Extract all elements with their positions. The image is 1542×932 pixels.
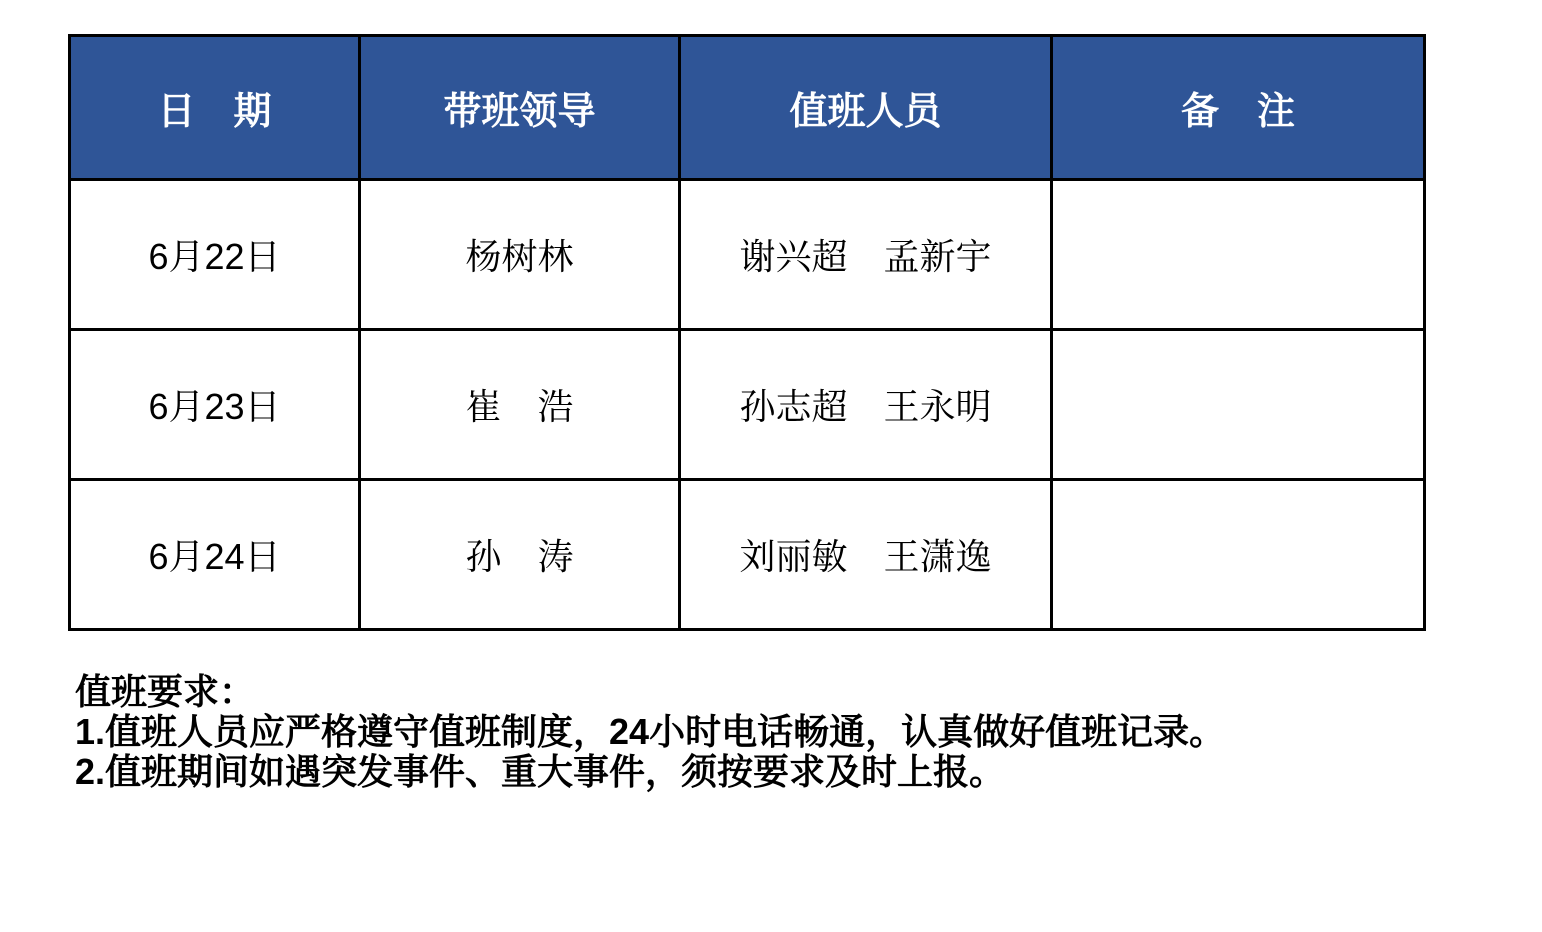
- cell-leader: 杨树林: [360, 180, 680, 330]
- duty-requirement-item-1: 1.值班人员应严格遵守值班制度，24小时电话畅通，认真做好值班记录。: [75, 712, 1495, 752]
- cell-staff: 孙志超 王永明: [680, 330, 1052, 480]
- page: { "roster_table": { "columns": ["日 期", "…: [0, 0, 1542, 932]
- table-row: 6月23日 崔 浩 孙志超 王永明: [70, 330, 1425, 480]
- cell-remark: [1052, 480, 1425, 630]
- roster-header-row: 日 期 带班领导 值班人员 备 注: [70, 36, 1425, 180]
- duty-requirements: 值班要求： 1.值班人员应严格遵守值班制度，24小时电话畅通，认真做好值班记录。…: [75, 672, 1495, 792]
- duty-requirements-heading: 值班要求：: [75, 672, 1495, 712]
- cell-leader: 孙 涛: [360, 480, 680, 630]
- cell-staff: 刘丽敏 王潇逸: [680, 480, 1052, 630]
- cell-remark: [1052, 330, 1425, 480]
- header-cell-remark: 备 注: [1052, 36, 1425, 180]
- duty-requirement-item-2: 2.值班期间如遇突发事件、重大事件，须按要求及时上报。: [75, 752, 1495, 792]
- header-cell-staff: 值班人员: [680, 36, 1052, 180]
- table-row: 6月24日 孙 涛 刘丽敏 王潇逸: [70, 480, 1425, 630]
- cell-date: 6月24日: [70, 480, 360, 630]
- table-row: 6月22日 杨树林 谢兴超 孟新宇: [70, 180, 1425, 330]
- duty-roster-table: 日 期 带班领导 值班人员 备 注 6月22日 杨树林 谢兴超 孟新宇 6月23…: [68, 34, 1426, 631]
- cell-staff: 谢兴超 孟新宇: [680, 180, 1052, 330]
- cell-date: 6月22日: [70, 180, 360, 330]
- header-cell-leader: 带班领导: [360, 36, 680, 180]
- cell-remark: [1052, 180, 1425, 330]
- header-cell-date: 日 期: [70, 36, 360, 180]
- cell-date: 6月23日: [70, 330, 360, 480]
- cell-leader: 崔 浩: [360, 330, 680, 480]
